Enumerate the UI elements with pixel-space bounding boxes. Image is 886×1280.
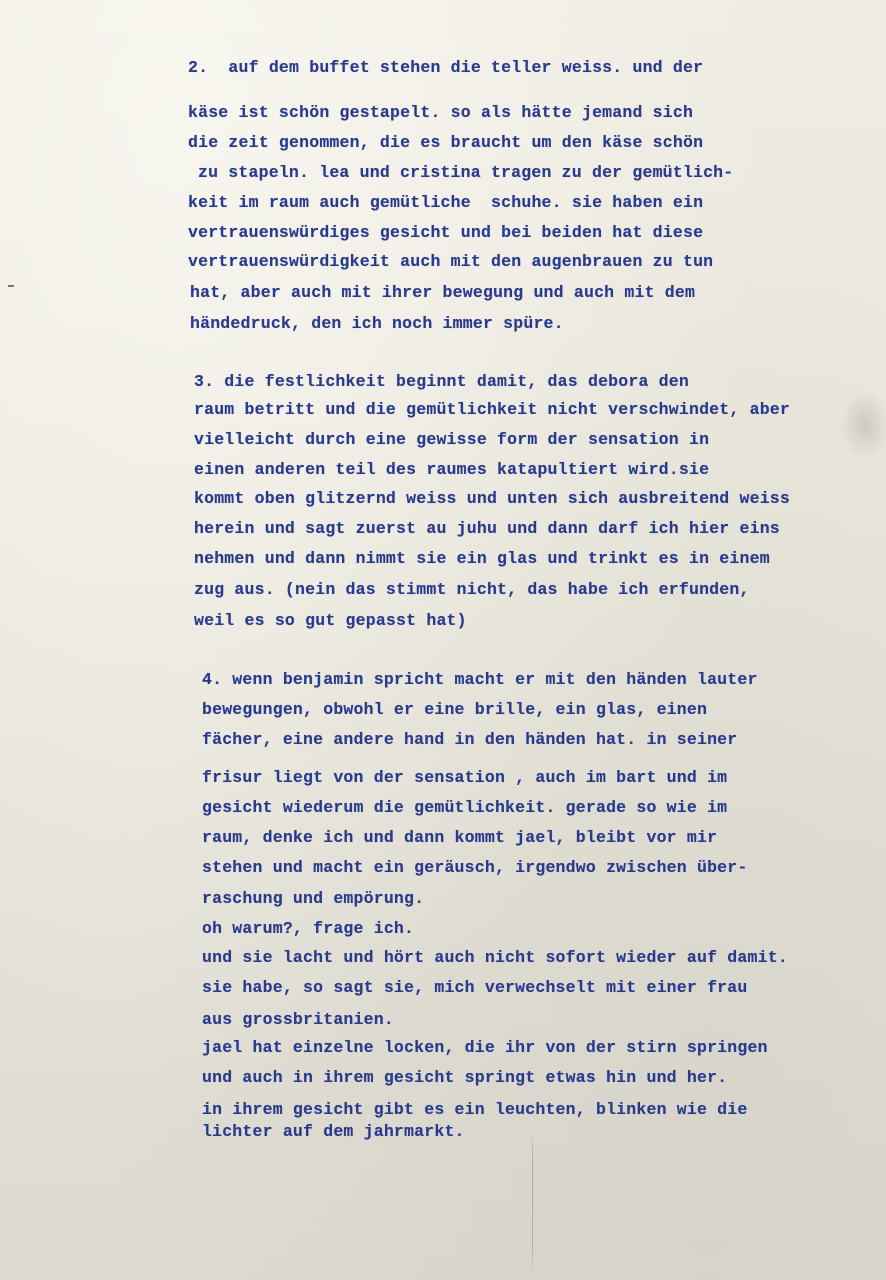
section-4-line-1: 4. wenn benjamin spricht macht er mit de… <box>202 670 758 690</box>
section-4-line-4: frisur liegt von der sensation , auch im… <box>202 768 727 788</box>
section-4-line-6: raum, denke ich und dann kommt jael, ble… <box>202 828 717 848</box>
section-4-line-3: fächer, eine andere hand in den händen h… <box>202 730 737 750</box>
section-4-line-15: in ihrem gesicht gibt es ein leuchten, b… <box>202 1100 748 1120</box>
section-4-line-16: lichter auf dem jahrmarkt. <box>202 1122 465 1142</box>
section-2-line-2: käse ist schön gestapelt. so als hätte j… <box>188 103 693 123</box>
section-3-line-8: zug aus. (nein das stimmt nicht, das hab… <box>194 580 750 600</box>
paper-smudge <box>840 390 886 460</box>
margin-mark <box>8 285 14 287</box>
section-4-line-12: aus grossbritanien. <box>202 1010 394 1030</box>
section-2-line-3: die zeit genommen, die es braucht um den… <box>188 133 703 153</box>
section-2-line-8: hat, aber auch mit ihrer bewegung und au… <box>190 283 695 303</box>
section-3-line-7: nehmen und dann nimmt sie ein glas und t… <box>194 549 770 569</box>
section-4-line-10: und sie lacht und hört auch nicht sofort… <box>202 948 788 968</box>
section-3-line-2: raum betritt und die gemütlichkeit nicht… <box>194 400 790 420</box>
section-3-line-9: weil es so gut gepasst hat) <box>194 611 467 631</box>
section-3-line-6: herein und sagt zuerst au juhu und dann … <box>194 519 780 539</box>
section-4-line-2: bewegungen, obwohl er eine brille, ein g… <box>202 700 707 720</box>
section-4-line-7: stehen und macht ein geräusch, irgendwo … <box>202 858 748 878</box>
section-3-line-5: kommt oben glitzernd weiss und unten sic… <box>194 489 790 509</box>
typewritten-page: 2. auf dem buffet stehen die teller weis… <box>0 0 886 1280</box>
paper-crease <box>532 1130 533 1280</box>
section-2-line-6: vertrauenswürdiges gesicht und bei beide… <box>188 223 703 243</box>
section-2-line-7: vertrauenswürdigkeit auch mit den augenb… <box>188 252 713 272</box>
section-4-line-13: jael hat einzelne locken, die ihr von de… <box>202 1038 768 1058</box>
section-4-line-5: gesicht wiederum die gemütlichkeit. gera… <box>202 798 727 818</box>
section-4-line-14: und auch in ihrem gesicht springt etwas … <box>202 1068 727 1088</box>
section-3-line-3: vielleicht durch eine gewisse form der s… <box>194 430 709 450</box>
section-4-line-11: sie habe, so sagt sie, mich verwechselt … <box>202 978 748 998</box>
section-2-line-1: 2. auf dem buffet stehen die teller weis… <box>188 58 703 78</box>
section-3-line-4: einen anderen teil des raumes katapultie… <box>194 460 709 480</box>
section-2-line-5: keit im raum auch gemütliche schuhe. sie… <box>188 193 703 213</box>
section-4-line-9: oh warum?, frage ich. <box>202 919 414 939</box>
section-2-line-4: zu stapeln. lea und cristina tragen zu d… <box>198 163 733 183</box>
section-3-line-1: 3. die festlichkeit beginnt damit, das d… <box>194 372 689 392</box>
section-4-line-8: raschung und empörung. <box>202 889 424 909</box>
section-2-line-9: händedruck, den ich noch immer spüre. <box>190 314 564 334</box>
